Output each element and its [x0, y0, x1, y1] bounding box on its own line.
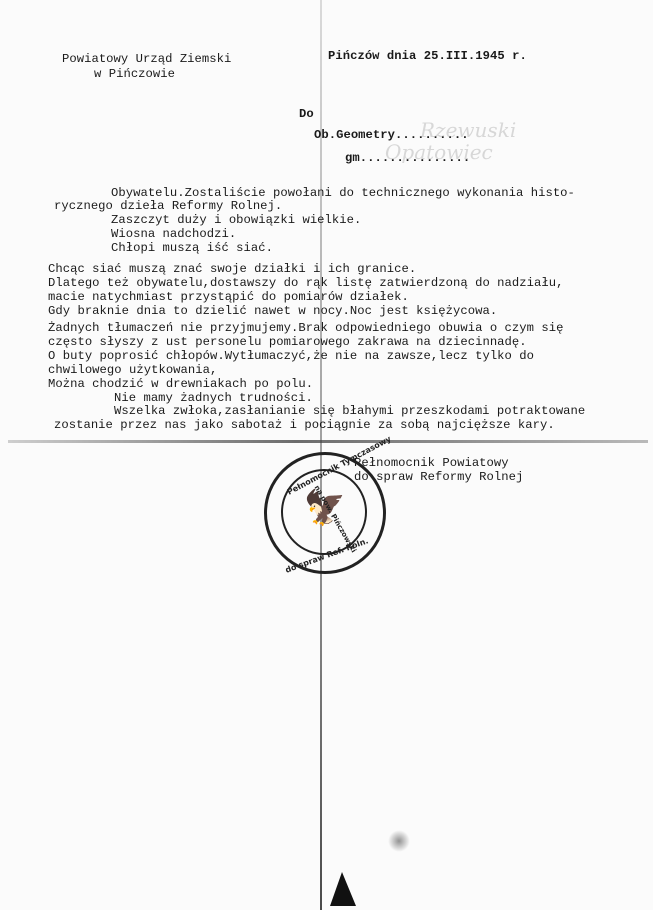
official-stamp: 🦅 Pełnomocnik Tymczasowy na pow. Pińczow… [264, 452, 386, 574]
body-line: Dlatego też obywatelu,dostawszy do rąk l… [48, 276, 563, 290]
handwritten-name: Rzewuski [420, 118, 516, 142]
body-line: macie natychmiast przystąpić do pomiarów… [48, 290, 409, 304]
body-line: Żadnych tłumaczeń nie przyjmujemy.Brak o… [48, 321, 563, 335]
body-line: O buty poprosić chłopów.Wytłumaczyć,że n… [48, 349, 534, 363]
body-line: chwilowego użytkowania, [48, 363, 217, 377]
sender-line-1: Powiatowy Urząd Ziemski [62, 52, 231, 66]
body-line: Można chodzić w drewniakach po polu. [48, 377, 313, 391]
paper-tear [330, 872, 356, 906]
ink-smudge [388, 830, 410, 852]
signature-line-2: do spraw Reformy Rolnej [354, 470, 523, 484]
signature-line-1: Pełnomocnik Powiatowy [354, 456, 509, 470]
body-line: Gdy braknie dnia to dzielić nawet w nocy… [48, 304, 497, 318]
body-line: Obywatelu.Zostaliście powołani do techni… [111, 186, 575, 200]
body-line: Wiosna nadchodzi. [111, 227, 236, 241]
handwritten-place: Opatowiec [385, 140, 493, 164]
scanned-letter: Powiatowy Urząd Ziemski w Pińczowie Pińc… [0, 0, 653, 910]
body-line: często słyszy z ust personelu pomiaroweg… [48, 335, 527, 349]
addressee-to: Do [299, 107, 314, 121]
body-line: zostanie przez nas jako sabotaż i pociąg… [54, 418, 555, 432]
sender-line-2: w Pińczowie [94, 67, 175, 81]
body-line: Chcąc siać muszą znać swoje działki i ic… [48, 262, 416, 276]
body-line: Wszelka zwłoka,zasłanianie się błahymi p… [114, 404, 585, 418]
body-line: Zaszczyt duży i obowiązki wielkie. [111, 213, 361, 227]
body-line: Chłopi muszą iść siać. [111, 241, 273, 255]
body-line: Nie mamy żadnych trudności. [114, 391, 313, 405]
place-date: Pińczów dnia 25.III.1945 r. [328, 49, 527, 63]
horizontal-fold-crease [8, 440, 648, 443]
body-line: rycznego dzieła Reformy Rolnej. [54, 199, 282, 213]
